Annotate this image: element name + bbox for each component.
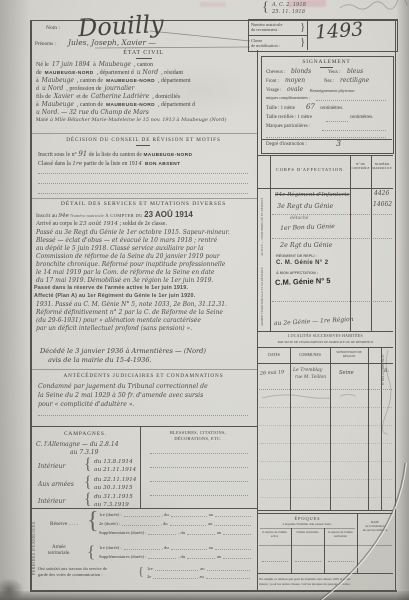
dotted-leader [155,567,199,571]
garde-row-label: 2e [147,574,151,579]
height-corrected-unit: centimètres. [350,115,373,120]
section-rule [31,133,257,134]
etat-civil-line: Né le17 juin 1894àMaubeuge, canton [36,61,255,68]
residence-subdivision: Seine [339,370,354,376]
field-label: , profession de [66,86,101,92]
blank-dotted-line [328,560,354,562]
matricule-brace: } [300,21,305,33]
epoques-top-rule [258,513,393,514]
dotted-leader [171,546,207,550]
campaign-title2: au 7.3.19 [70,449,98,456]
epoques-col1-header: la réserve de l'armée active [259,531,290,539]
campaign-brace: { [84,491,92,509]
services-intro-line: Inscrit au 94e Numéro matricule À COMPTE… [36,210,256,219]
garde-note-line2: garde des voies de communication : [38,572,107,578]
territoriale-brace: { [87,542,95,562]
au-label: au [209,545,213,550]
field-label: , département d [97,70,134,76]
blessures-heading-line2: DÉCORATIONS, ETC. [141,436,255,442]
periode-row: Supplémentaires (durée) :, duau [99,554,253,559]
field-value: 17 juin 1894 [52,61,90,68]
campaign-brace: { [84,474,92,492]
matricule-label-line2: du recrutement : [251,27,282,32]
service-stamp-line: Affecté (Plan A) au 1er Régiment du Géni… [34,293,195,299]
corps-row-unit: 3e Regt du Génie [277,202,333,210]
face-label: Visage : [266,88,282,93]
height-value: 67 [306,103,315,111]
table-top-rule [31,426,257,427]
field-value: Xavier [54,93,74,100]
reserve-label: Réserve . . . . [50,521,78,527]
field-label: partie de la liste en 19 [84,161,135,167]
localites-title-line1: LOCALITÉS SUCCESSIVES HABITÉES [258,334,393,338]
territoriale-label: Armée territoriale. [48,545,70,557]
blank-dotted-line [150,452,248,454]
blank-dotted-line [262,560,288,562]
au-label: au [209,512,213,517]
top-bracket: { [262,0,269,16]
dotted-leader [206,575,250,579]
field-value: journalier [105,85,135,92]
periode-row: 1re (durée) :, duau [99,512,253,517]
faint-pink-stamp [200,2,226,7]
blank-dotted-line [326,120,348,122]
field-value: 23 août 1914 [79,221,118,227]
eyes-label: Yeux : [328,70,340,75]
table-bottom-rule [31,508,257,509]
conviction-entry: pour « complicité d'adultère ». [38,401,135,408]
field-label: à [36,78,39,84]
complementary-label-line2: miques complémentaires : [266,95,310,100]
field-value: Maubeuge [42,101,74,108]
dotted-leader [124,513,160,517]
etat-civil-line: du Nord, profession dejournalier [36,85,255,92]
field-label: , canton de [77,102,103,108]
corps-row-unit: détaché [290,216,309,221]
corps-row-unit: 1er Bon du Génie [280,223,335,232]
periode-label: Supplémentaires (durée) : [99,554,146,559]
field-value: Catherine Ladrière [91,93,149,100]
corps-vline [371,155,372,331]
field-value: u Nord [42,85,63,92]
field-label: d [36,86,39,92]
periode-row: Supplémentaires (durée) :, duau [99,530,253,535]
periode-label: 1re (durée) : [99,545,122,550]
marks-label: Marques particulières : [266,124,310,129]
corps-heading: CORPS D'AFFECTATION. [271,167,350,172]
death-record-line1: Décédé le 3 janvier 1936 à Armentières —… [40,347,206,355]
row-dotted-rule [272,300,392,302]
date-col-line3: du service militaire [358,528,392,532]
campaign-date-from: du 22.11.1914 [94,477,136,483]
row-dotted-rule [259,496,392,498]
services-arrival-line: Arrivé au corps le 23 août 1914 ; soldat… [36,221,256,227]
epoques-header-rule [260,528,355,529]
blank-dotted-line [316,99,386,101]
campaign-label: Intérieur [38,463,65,470]
height-label: Taille : 1 mètre [266,106,295,111]
corps-bottom-entry: au 2e Génie — 1re Région [274,316,354,327]
corps-row-number: 4426 [374,190,389,197]
firstnames-label: Prénoms : [35,41,56,47]
services-heading: DÉTAIL DES SERVICES ET MUTATIONS DIVERSE… [30,201,257,207]
affectation-stamp-label: À MON AFFECTATION : [276,271,318,275]
periode-label: Supplémentaires (durée) : [99,530,146,535]
dotted-leader [122,522,159,526]
residence-n: R. [384,369,389,374]
du-label: , du [162,512,169,517]
field-label: Inscrit sous le n° [38,152,77,158]
field-label: À COMPTER DU [105,213,143,218]
blank-dotted-line [38,172,248,174]
repli-stamp-label: RÉGIMENT DE REPLI : [276,254,317,258]
localites-header-top-rule [258,347,393,348]
campaign-date-from: du 31.1.1915 [94,494,133,500]
conviction-entry: Condamné par jugement du Tribunal correc… [38,383,208,390]
row-dotted-rule [272,213,392,215]
localites-faint-row-scrawl [340,395,356,397]
top-annotation-line1: A. C. 2. 1918 [272,2,306,8]
epoques-bottom-rule [258,573,393,574]
antecedents-heading: ANTÉCÉDENTS JUDICIAIRES ET CONDAMNATIONS [30,373,257,379]
du-label: , du [162,545,169,550]
corps-row-unit: 94e Régiment d'Infanterie [275,192,350,198]
service-entry: le 14 mai 1919 par la Com. de réforme de… [36,269,256,276]
dotted-leader [170,522,207,526]
bottom-edge-shadow [0,591,409,600]
garde-row-label: 1re [147,566,153,571]
periode-label: 2e (durée) : [99,521,120,526]
du-label: , du [161,521,168,526]
periode-row: 1re (durée) :, duau [99,545,253,550]
field-label: ; soldat de 2e classe. [119,221,167,227]
instruction-row-rule [261,139,392,140]
service-entry: Passé au 3e Regt du Génie le 1er octobre… [36,229,256,236]
eyes-value: bleus [347,68,363,75]
localites-vline [330,347,331,510]
field-label: Arrivé au corps le [36,221,78,227]
row-dotted-rule [272,237,392,239]
cm-genie-5-marker: C.M. Génie N° 5 [275,276,331,287]
dotted-leader [223,555,251,559]
field-label: , domiciliés [152,94,180,100]
dotted-leader [124,546,160,550]
service-entry: Réformé définitivement n° 2 par la C. de… [36,309,256,316]
blank-dotted-line [38,192,248,194]
au-label: au [200,574,204,579]
hair-label: Cheveux : [266,70,286,75]
blank-dotted-line [295,560,321,562]
matricule-number: 1493 [314,18,364,43]
dotted-leader [148,531,176,535]
forehead-value: moyen [285,77,305,84]
matricule-box-divider [248,35,307,36]
field-label: à [36,102,39,108]
height-unit: centimètres. [320,106,343,111]
etat-civil-line: fils deXavieret deCatherine Ladrière, do… [36,93,255,100]
brace-glyph: { [262,0,269,15]
decision-stamp: BON ABSENT [145,162,181,167]
signalement-heading: SIGNALEMENT [261,59,392,65]
nose-value: rectiligne [340,77,369,84]
service-entry: Blessé — éclat d'obus — et évacué le 10 … [36,237,256,244]
field-label: , département d [158,102,195,108]
campaign-date-to: au 7.3.1919 [94,502,129,508]
classe-brace: } [300,36,305,48]
face-value: ovale [287,86,303,93]
dotted-leader [207,567,251,571]
au-label: au [200,566,204,571]
row-dotted-rule [259,406,392,408]
field-value: 94e [58,213,68,219]
localites-col-subdivision: SUBDIVISION DE RÉGION [332,350,366,358]
blank-dotted-line [38,182,248,184]
classe-label: Classe de mobilisation : [251,38,280,48]
periode-row: 2e (durée) :, duau [99,521,253,526]
header-strike-line [95,47,250,48]
periode-label: 1re (durée) : [99,512,122,517]
blank-dotted-line [38,414,248,416]
field-label: Numéro matricule [70,213,104,218]
matricule-box-vline [307,19,308,50]
campaign-date-to: au 30.1.1915 [94,485,133,491]
epoques-date-col-header: DATE de la libération du service militai… [358,520,392,532]
heading-dash [136,145,150,146]
field-value: 14 [135,161,142,167]
epoques-subtitle: à laquelle l'homme doit passer dans : [258,522,357,526]
frame-left-rule [30,20,32,592]
service-entry: 1931. Passé au C. M. Génie N° 5, note 10… [36,301,256,308]
residence-commune-line2: rue M. Teillon [295,375,326,380]
heading-dash [320,67,333,68]
row-dotted-rule [259,478,392,480]
blank-dotted-line [322,129,386,131]
instruction-label: Degré d'instruction : [266,142,307,147]
marriage-label: Marié [36,118,48,123]
corps-vertical-label-active: ACTIVE — DISPONIBILITÉ ET RÉSERVE [260,192,269,262]
blank-dotted-line [150,480,248,482]
garde-note: Ont satisfait aux travaux du service de … [38,566,107,577]
field-value: u Nord [137,69,158,76]
field-value: 1re [72,161,82,167]
corps-col-matricule-header: NUMÉRO MATRICULE [372,162,392,170]
classe-label-line2: de mobilisation : [251,43,280,48]
campaign-label: Aux armées [38,481,74,488]
row-dotted-rule [259,460,392,462]
epoques-title: ÉPOQUES [258,516,357,521]
corps-vertical-label-territoriale: ARMÉE TERRITORIALE ET SA RÉSERVE [260,266,269,328]
service-entry: Commission de réforme de la Seine du 20 … [36,253,256,260]
canton-stamp: MAUBEUGE-NORD [45,71,94,76]
localites-col-communes: COMMUNES [290,353,330,357]
canton-stamp: MAUBEUGE-NORD [143,153,192,158]
field-label: à [93,62,96,68]
right-edge-shadow [396,0,409,600]
marriage-line: Mariéà Mlle Bélacher Marie-Madeleine le … [36,117,256,123]
list-number: 91 [78,150,87,158]
dotted-leader [214,522,251,526]
firstnames-value: Jules, Joseph, Xavier — [68,38,156,47]
field-value: Maubeuge [99,61,131,68]
date-stamp: 23 AOÛ 1914 [144,210,193,219]
localites-title-line2: PAR SUITE DE CHANGEMENTS DE DOMICILE OU … [258,340,393,344]
military-record-scan: { A. C. 2. 1918 25. 11. 1918 Nom : Douil… [0,0,409,600]
etat-civil-line: àMaubeuge, canton deMAUBEUGE-NORD, dépar… [36,101,255,108]
frame-bottom-rule [30,590,397,592]
field-label: et de [76,94,88,100]
campaign-date-from: du 13.8.1914 [94,459,133,465]
garde-note-line1: Ont satisfait aux travaux du service de [38,566,107,572]
field-label: , canton de [77,78,103,84]
field-label: Inscrit au [36,213,57,219]
dotted-leader [171,513,207,517]
decision-heading: DÉCISION DU CONSEIL DE RÉVISION ET MOTIF… [30,137,257,143]
service-entry: (du 29-6-1931) pour « aliénation mentale… [36,317,256,324]
row-dotted-rule [259,424,392,426]
localites-vline [290,347,291,510]
field-label: de [36,70,42,76]
instruction-value: 3 [336,139,341,148]
au-label: au [217,554,221,559]
left-edge-shadow [0,0,30,600]
garde-brace: { [138,564,144,579]
conviction-entry: la Seine du 2 mai 1929 à 50 fr. d'amende… [38,392,203,399]
field-label: , canton [134,62,153,68]
blank-dotted-line [150,466,248,468]
complementary-label-line1: Renseignements physiono- [310,88,355,93]
cm-genie-2-stamp: C. M. Génie N° 2 [276,260,328,266]
epoques-col2-header: l'armée territoriale [292,531,323,535]
du-label: , du [178,554,185,559]
etat-civil-line: deMAUBEUGE-NORD, département du Nord, ré… [36,69,255,76]
corps-vline [270,155,271,331]
garde-row: 1reau [147,566,252,571]
field-label: Né le [36,62,49,68]
etat-civil-heading: ÉTAT CIVIL [30,50,257,56]
heading-dash [136,58,152,59]
etat-civil-line: àMaubeuge, canton deMAUBEUGE-NORD, dépar… [36,77,255,84]
address-line: u Nord. — 32 rue du Champ de Mars [36,109,149,116]
dotted-leader [215,546,251,550]
residence-date: 26 mai 19 [260,370,284,376]
dotted-leader [223,531,251,535]
dotted-leader [187,531,215,535]
field-label: , département [158,78,191,84]
localites-bottom-rule [258,510,393,511]
localites-header-bottom-rule [258,363,393,364]
corps-row-number: 14662 [373,201,392,208]
garde-row: 2eau [147,574,252,579]
marriage-value: à Mlle Bélacher Marie-Madeleine le 15 no… [50,117,226,123]
matricule-label: Numéro matricule du recrutement : [251,22,282,32]
dotted-leader [187,555,215,559]
death-record-line2: avis de la mairie du 15-4-1936. [48,356,152,364]
canton-stamp: MAUBEUGE-NORD [106,103,155,108]
dotted-leader [148,555,176,559]
service-entry: du 17 mai 1919. Démobilisé en 3e région … [36,277,256,284]
blessures-heading: BLESSURES, CITATIONS, DÉCORATIONS, ETC. [141,430,255,441]
row-dotted-rule [259,388,392,390]
corps-col-controle-header: N° DE CONTRÔLE [351,162,370,170]
service-entry: au dépôt le 5 juin 1918. Classé service … [36,245,256,252]
field-label: , résidant [161,70,183,76]
au-label: au [208,521,212,526]
epoques-note-line2: rieures ; pour les autres classes, voir … [259,582,393,586]
blank-dotted-line [150,494,248,496]
blank-dotted-line [266,136,386,138]
forehead-label: Front : [266,79,279,84]
field-label: Classé dans la [38,161,71,167]
epoques-col3-header: la réserve de l'armée territoriale [325,531,356,539]
du-label: , du [178,530,185,535]
service-stamp-line: Passé dans la réserve de l'armée active … [34,285,188,291]
corps-vline [350,155,351,331]
decision-line1: Inscrit sous le n° 91 de la liste du can… [38,150,253,158]
corps-top-rule [258,155,393,156]
nose-label: Nez : [324,79,334,84]
reserve-brace: { [87,508,99,535]
campagnes-heading: CAMPAGNES. [31,431,140,437]
header-strike-line [150,31,250,41]
localites-vline [368,347,369,510]
au-label: au [217,530,221,535]
localites-top-rule [258,331,393,332]
row-dotted-rule [259,442,392,444]
corner-blot [0,578,24,600]
canton-stamp: MAUBEUGE-NORD [106,79,155,84]
campaign-label: Intérieur [38,498,65,505]
decision-line2: Classé dans la 1re partie de la liste en… [38,161,253,167]
territoriale-label-line2: territoriale. [48,551,70,557]
localites-col-dates: DATES [258,353,290,357]
field-value: Maubeuge [42,77,74,84]
service-entry: bronchite chronique. Réformé pour inapti… [36,261,256,268]
section-rule [31,198,257,199]
epoques-note-line1: Ne remplir ce tableau que pour les homme… [259,577,393,581]
service-entry: par un déficit intellectuel profond (san… [36,325,256,332]
corps-header-rule [258,188,393,189]
dotted-leader [215,513,251,517]
name-label: Nom : [46,25,60,31]
section-rule [31,369,257,370]
height-corrected-label: Taille rectifiée : 1 mètre [266,115,312,120]
field-label: de la liste du canton de [89,152,142,158]
field-label: fils de [36,94,51,100]
hair-value: blonds [291,68,311,75]
top-annotation-line2: 25. 11. 1918 [272,9,305,15]
localites-faint-row-scrawl [262,395,330,398]
campaign-brace: { [84,456,92,474]
residence-commune-line1: Le Tremblay [293,368,322,373]
campaign-date-to: au 21.11.1914 [94,467,136,473]
epoques-body-rule [259,545,392,546]
corps-row-unit: 2e Rgt du Génie [280,241,332,249]
frame-right-rule [395,20,396,592]
campaign-title: C. l'Allemagne — du 2.8.14 [36,441,119,448]
dotted-leader [153,575,197,579]
column-divider-rule [257,50,258,590]
